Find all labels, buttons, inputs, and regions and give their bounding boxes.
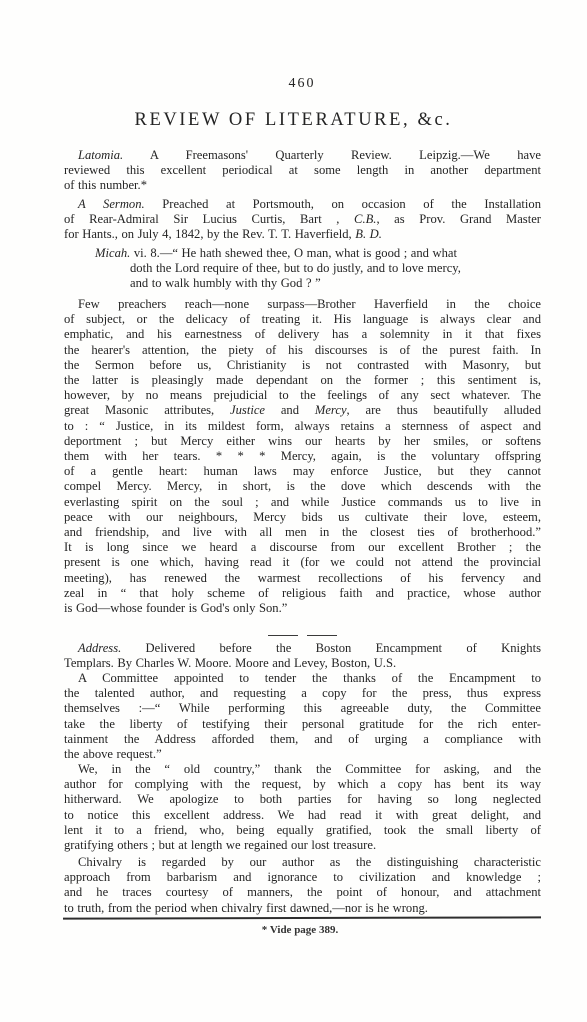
text-line: tainment the Address afforded them, and … xyxy=(64,732,541,747)
text-line: Templars. By Charles W. Moore. Moore and… xyxy=(64,656,541,671)
text-line: of subject, or the delicacy of treating … xyxy=(64,312,541,327)
text-line: It is long since we heard a discourse fr… xyxy=(64,540,541,555)
text-line: emphatic, and his earnestness of deliver… xyxy=(64,327,541,342)
text-line: take the liberty of testifying their per… xyxy=(64,717,541,732)
paragraph-committee: A Committee appointed to tender the than… xyxy=(64,671,541,762)
paragraph-address-heading: Address. Delivered before the Boston Enc… xyxy=(64,641,541,671)
text-line: reviewed this excellent periodical at so… xyxy=(64,163,541,178)
text-line: the hearer's attention, the piety of his… xyxy=(64,343,541,358)
text-line: the Sermon before us, Christianity is no… xyxy=(64,358,541,373)
text-line: to : “ Justice, in its mildest form, alw… xyxy=(64,419,541,434)
text-line: present is one which, having read it (fo… xyxy=(64,555,541,570)
text-line: lent it to a friend, who, being equally … xyxy=(64,823,541,838)
text-line: doth the Lord require of thee, but to do… xyxy=(64,261,541,276)
text-line: meeting), has renewed the warmest recoll… xyxy=(64,571,541,586)
text-line: the latter is pleasingly made dependant … xyxy=(64,373,541,388)
text-line: gratifying others ; but at length we reg… xyxy=(64,838,541,853)
paragraph-old-country: We, in the “ old country,” thank the Com… xyxy=(64,762,541,853)
page-title: REVIEW OF LITERATURE, &c. xyxy=(0,110,587,131)
footnote-text: * Vide page 389. xyxy=(0,924,587,936)
text-line: deportment ; but Mercy either wins our h… xyxy=(64,434,541,449)
footnote-rule xyxy=(63,916,541,919)
text-line: the talented author, and requesting a co… xyxy=(64,686,541,701)
text-line: everlasting spirit on the soul ; and whi… xyxy=(64,495,541,510)
text-line: author for complying with the request, b… xyxy=(64,777,541,792)
text-line: approach from barbarism and ignorance to… xyxy=(64,870,541,885)
section-divider-rule xyxy=(64,626,541,629)
text-line: Few preachers reach—none surpass—Brother… xyxy=(64,297,541,312)
text-line: Latomia. A Freemasons' Quarterly Review.… xyxy=(64,148,541,163)
page-number: 460 xyxy=(0,76,587,92)
text-line: and friendship, and live with all men in… xyxy=(64,525,541,540)
scripture-quote-micah: Micah. vi. 8.—“ He hath shewed thee, O m… xyxy=(64,246,541,292)
text-line: compel Mercy. Mercy, in short, is the do… xyxy=(64,479,541,494)
divider-dash xyxy=(307,635,337,636)
text-line: Micah. vi. 8.—“ He hath shewed thee, O m… xyxy=(64,246,541,261)
paragraph-sermon-heading: A Sermon. Preached at Portsmouth, on occ… xyxy=(64,197,541,243)
text-line: A Committee appointed to tender the than… xyxy=(64,671,541,686)
text-line: zeal in “ that holy scheme of religious … xyxy=(64,586,541,601)
text-line: great Masonic attributes, Justice and Me… xyxy=(64,403,541,418)
text-line: for Hants., on July 4, 1842, by the Rev.… xyxy=(64,227,541,242)
text-line: and he traces courtesy of manners, the p… xyxy=(64,885,541,900)
text-line: to notice this excellent address. We had… xyxy=(64,808,541,823)
text-line: We, in the “ old country,” thank the Com… xyxy=(64,762,541,777)
text-line: peace with our neighbours, Mercy bids us… xyxy=(64,510,541,525)
text-line: of Rear-Admiral Sir Lucius Curtis, Bart … xyxy=(64,212,541,227)
scanned-document-page: 460 REVIEW OF LITERATURE, &c. Latomia. A… xyxy=(0,0,587,1022)
text-line: them with her tears. * * * Mercy, again,… xyxy=(64,449,541,464)
paragraph-sermon-review: Few preachers reach—none surpass—Brother… xyxy=(64,297,541,616)
text-line: and to walk humbly with thy God ? ” xyxy=(64,276,541,291)
text-line: A Sermon. Preached at Portsmouth, on occ… xyxy=(64,197,541,212)
paragraph-latomia-review: Latomia. A Freemasons' Quarterly Review.… xyxy=(64,148,541,194)
paragraph-chivalry: Chivalry is regarded by our author as th… xyxy=(64,855,541,916)
text-line: hitherward. We apologize to both parties… xyxy=(64,792,541,807)
text-line: is God—whose founder is God's only Son.” xyxy=(64,601,541,616)
text-line: Address. Delivered before the Boston Enc… xyxy=(64,641,541,656)
text-line: themselves :—“ While performing this agr… xyxy=(64,701,541,716)
text-line: of this number.* xyxy=(64,178,541,193)
text-line: to truth, from the period when chivalry … xyxy=(64,901,541,916)
text-line: the above request.” xyxy=(64,747,541,762)
text-line: of a gentle heart: human laws may enforc… xyxy=(64,464,541,479)
text-line: however, by no means prejudicial to the … xyxy=(64,388,541,403)
text-line: Chivalry is regarded by our author as th… xyxy=(64,855,541,870)
divider-dash xyxy=(268,635,298,636)
